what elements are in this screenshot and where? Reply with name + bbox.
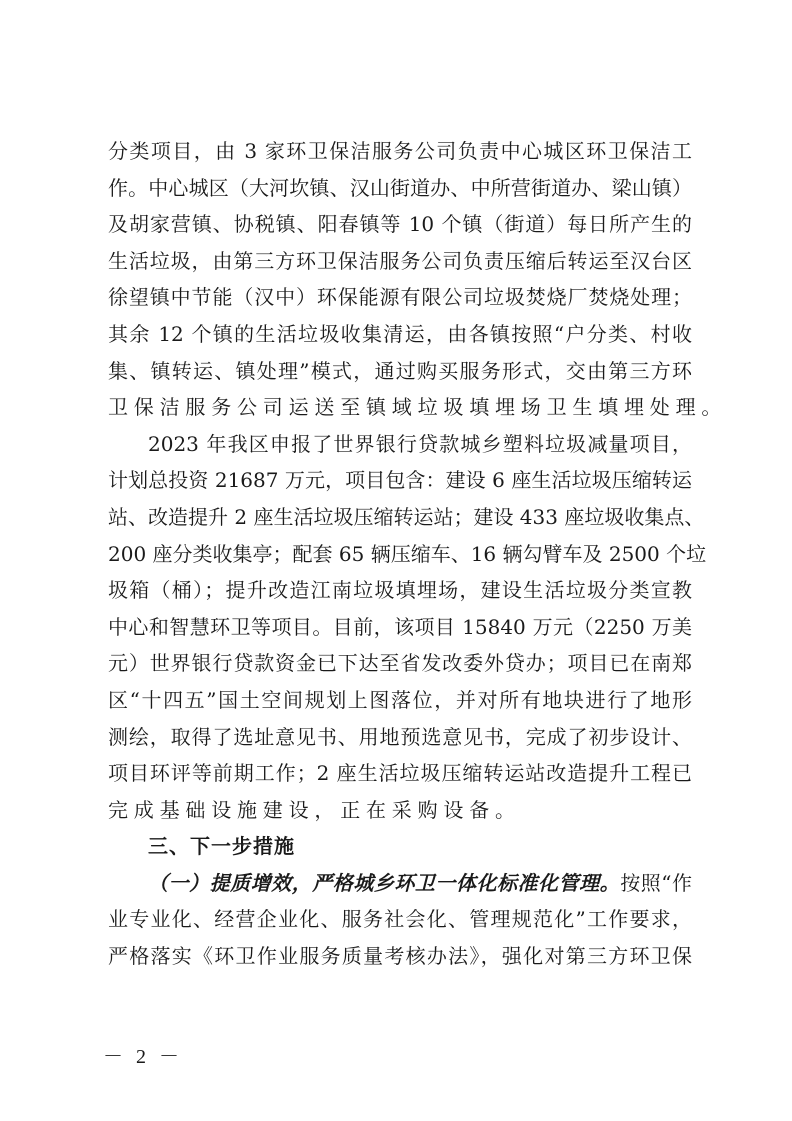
- page-number: － 2 －: [103, 1040, 183, 1069]
- text-line: 卫保洁服务公司运送至镇域垃圾填埋场卫生填埋处理。: [108, 389, 692, 426]
- text-line: 2023 年我区申报了世界银行贷款城乡塑料垃圾减量项目，: [108, 426, 692, 463]
- text-run: 按照“作: [620, 871, 692, 895]
- document-page: 分类项目，由 3 家环卫保洁服务公司负责中心城区环卫保洁工 作。中心城区（大河坎…: [0, 0, 792, 1121]
- text-line: 元）世界银行贷款资金已下达至省发改委外贷办；项目已在南郑: [108, 645, 692, 682]
- text-line: 圾箱（桶）；提升改造江南垃圾填埋场，建设生活垃圾分类宣教: [108, 572, 692, 609]
- text-line: 集、镇转运、镇处理”模式，通过购买服务形式，交由第三方环: [108, 353, 692, 390]
- text-line: 其余 12 个镇的生活垃圾收集清运，由各镇按照“户分类、村收: [108, 316, 692, 353]
- text-line: 生活垃圾，由第三方环卫保洁服务公司负责压缩后转运至汉台区: [108, 243, 692, 280]
- text-line: 中心和智慧环卫等项目。目前，该项目 15840 万元（2250 万美: [108, 609, 692, 646]
- paragraph-world-bank-project: 2023 年我区申报了世界银行贷款城乡塑料垃圾减量项目， 计划总投资 21687…: [108, 426, 692, 829]
- subsection-heading: （一）提质增效，严格城乡环卫一体化标准化管理。: [148, 871, 620, 895]
- document-body: 分类项目，由 3 家环卫保洁服务公司负责中心城区环卫保洁工 作。中心城区（大河坎…: [108, 133, 692, 975]
- text-line: 项目环评等前期工作；2 座生活垃圾压缩转运站改造提升工程已: [108, 755, 692, 792]
- paragraph-next-steps-1: （一）提质增效，严格城乡环卫一体化标准化管理。按照“作 业专业化、经营企业化、服…: [108, 865, 692, 975]
- text-line: 完成基础设施建设，正在采购设备。: [108, 792, 692, 829]
- text-line: 200 座分类收集亭；配套 65 辆压缩车、16 辆勾臂车及 2500 个垃: [108, 536, 692, 573]
- text-line: 作。中心城区（大河坎镇、汉山街道办、中所营街道办、梁山镇）: [108, 170, 692, 207]
- paragraph-waste-collection: 分类项目，由 3 家环卫保洁服务公司负责中心城区环卫保洁工 作。中心城区（大河坎…: [108, 133, 692, 426]
- text-line: 业专业化、经营企业化、服务社会化、管理规范化”工作要求，: [108, 901, 692, 938]
- text-line: 分类项目，由 3 家环卫保洁服务公司负责中心城区环卫保洁工: [108, 133, 692, 170]
- text-line: 站、改造提升 2 座生活垃圾压缩转运站；建设 433 座垃圾收集点、: [108, 499, 692, 536]
- text-line: 徐望镇中节能（汉中）环保能源有限公司垃圾焚烧厂焚烧处理；: [108, 279, 692, 316]
- text-line: 测绘，取得了选址意见书、用地预选意见书，完成了初步设计、: [108, 719, 692, 756]
- text-line: 区“十四五”国土空间规划上图落位，并对所有地块进行了地形: [108, 682, 692, 719]
- text-line: （一）提质增效，严格城乡环卫一体化标准化管理。按照“作: [108, 865, 692, 902]
- section-heading: 三、下一步措施: [108, 828, 692, 865]
- text-line: 严格落实《环卫作业服务质量考核办法》，强化对第三方环卫保: [108, 938, 692, 975]
- text-line: 及胡家营镇、协税镇、阳春镇等 10 个镇（街道）每日所产生的: [108, 206, 692, 243]
- text-line: 计划总投资 21687 万元，项目包含：建设 6 座生活垃圾压缩转运: [108, 462, 692, 499]
